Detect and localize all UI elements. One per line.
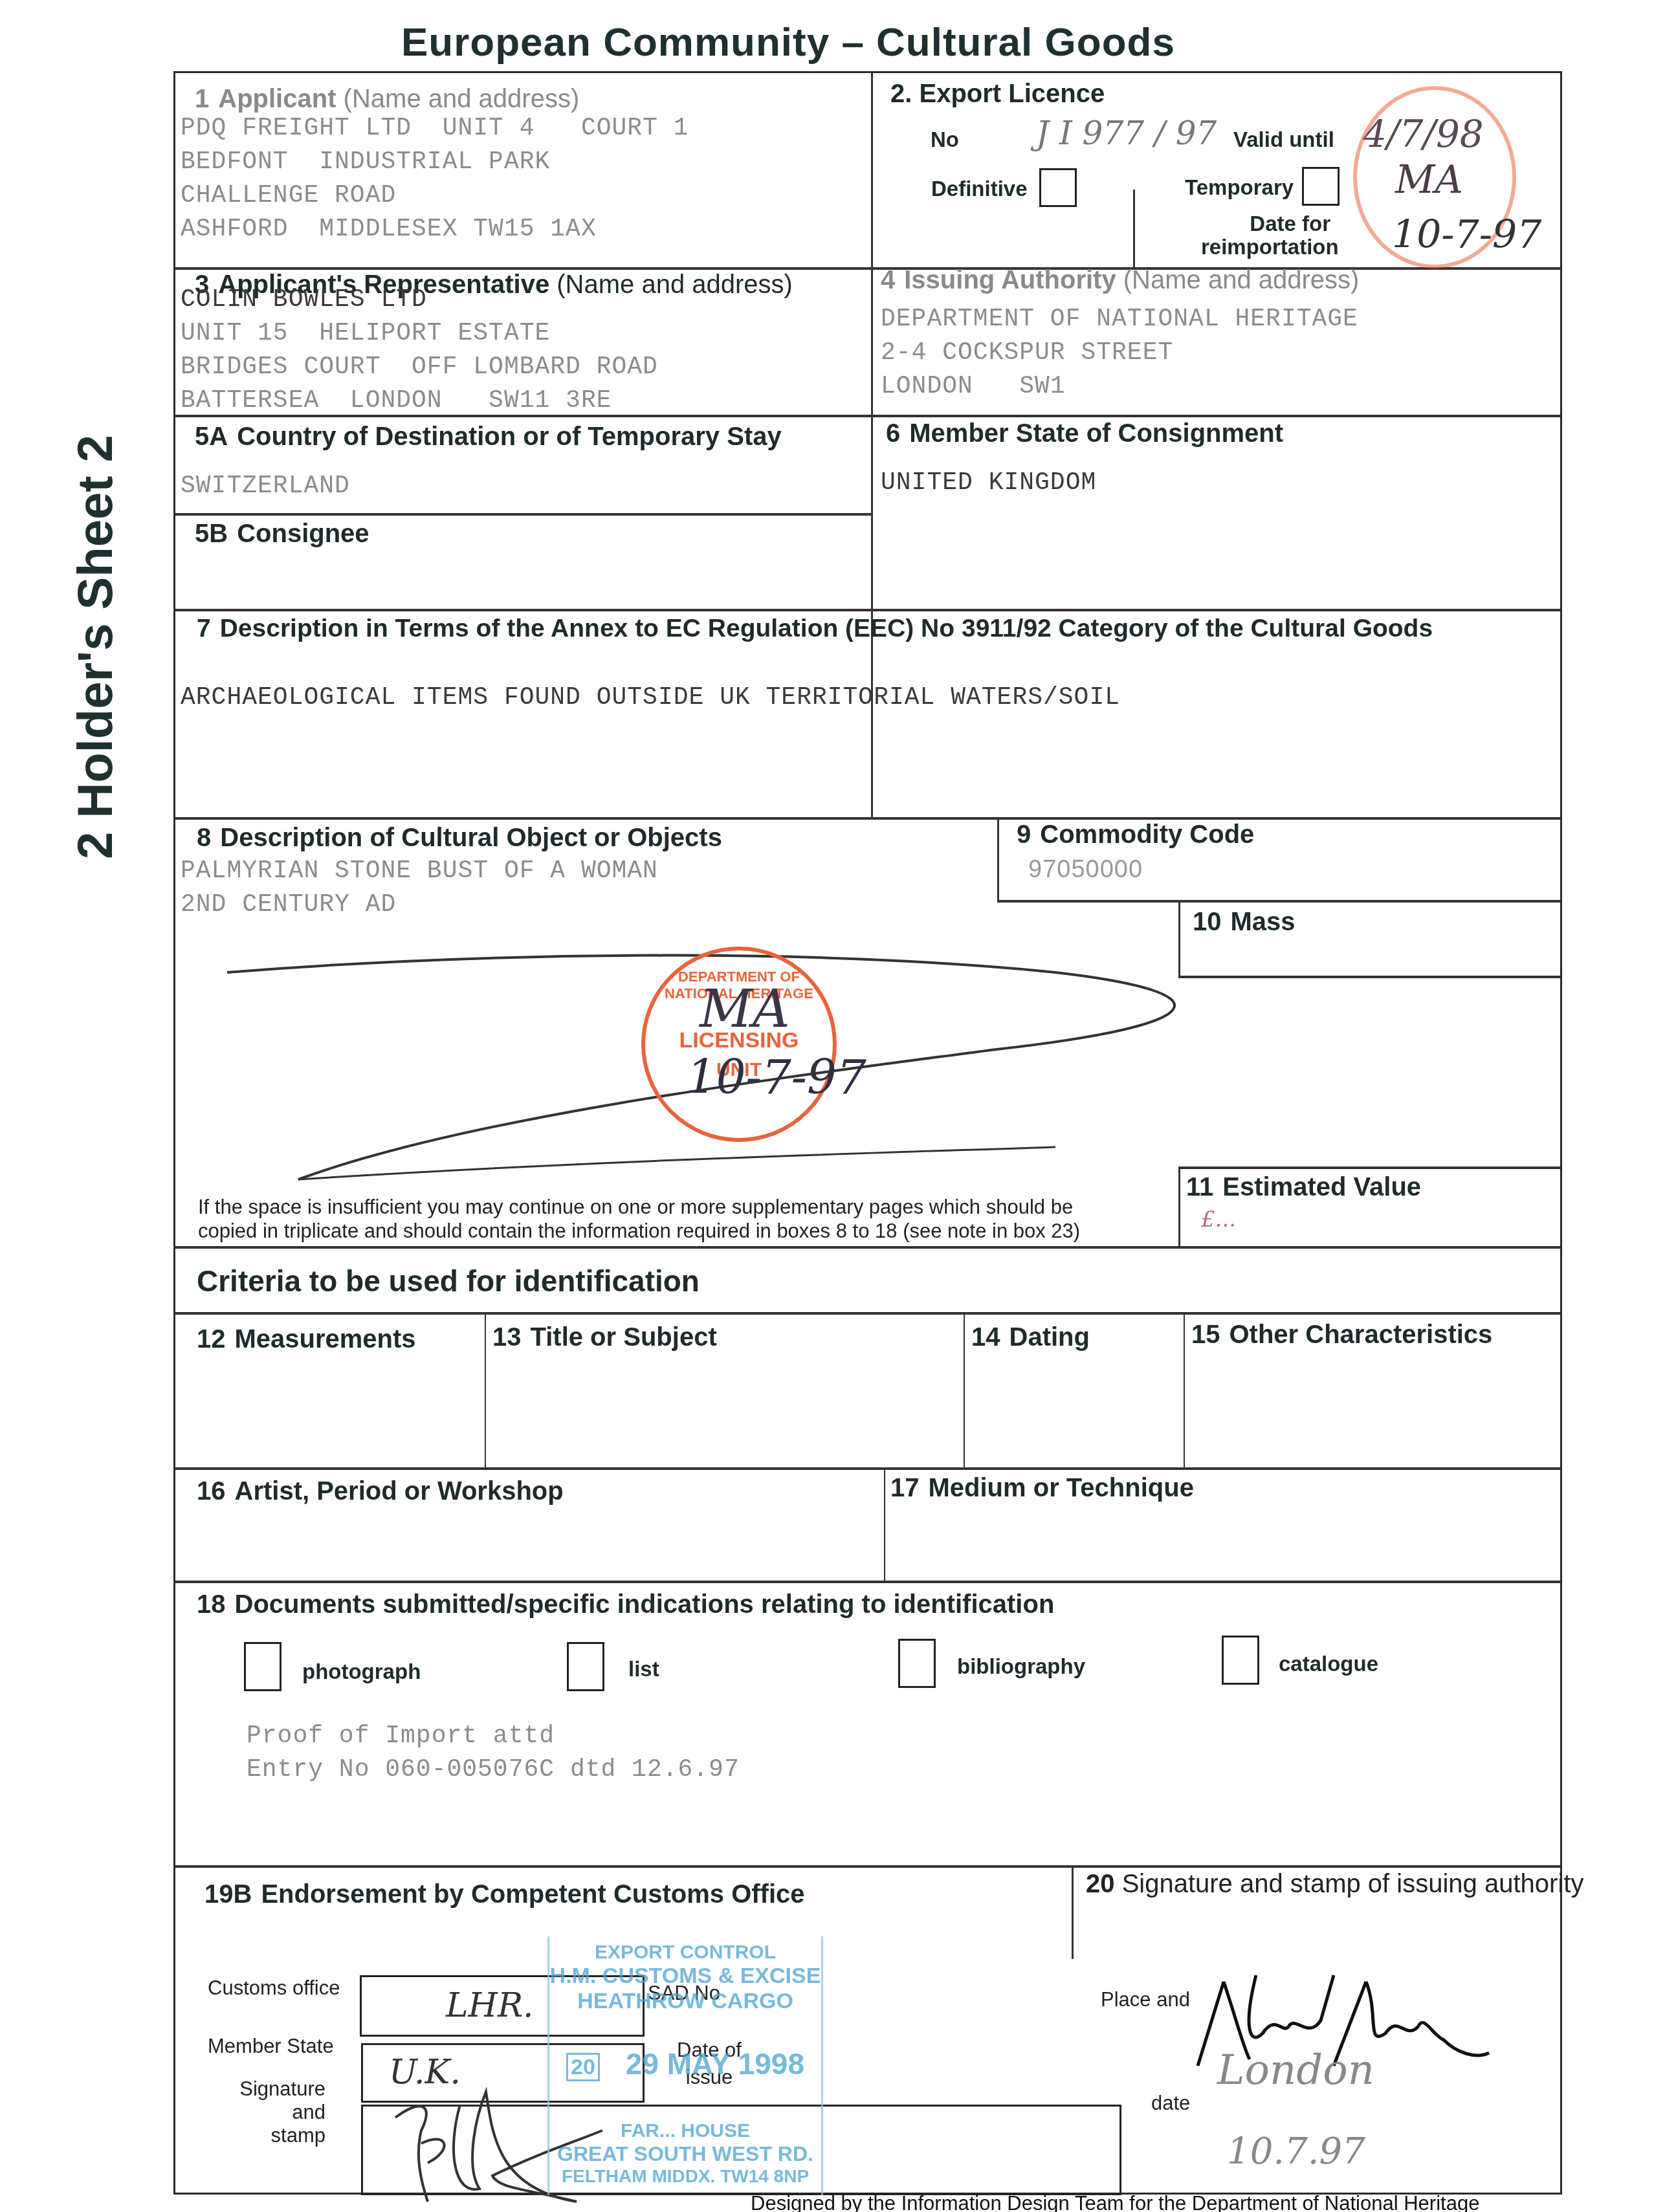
criteria-heading: Criteria to be used for identification [197,1264,700,1298]
valid-until-label: Valid until [1233,127,1334,152]
divider [175,1246,1560,1249]
box5a-label: 5ACountry of Destination or of Temporary… [195,422,782,452]
box11-label: 11Estimated Value [1186,1173,1421,1202]
box4-issuing-authority-address: DEPARTMENT OF NATIONAL HERITAGE2-4 COCKS… [881,303,1358,404]
box8-label: 8Description of Cultural Object or Objec… [197,824,722,853]
side-label: 2 Holder's Sheet 2 [76,83,115,859]
supplementary-note-line1: If the space is insufficient you may con… [198,1196,1073,1219]
reimportation-date-label: Date for reimportation [1201,212,1330,259]
box18-label: 18Documents submitted/specific indicatio… [197,1590,1054,1619]
box17-label: 17Medium or Technique [890,1474,1194,1503]
box20-label: 20 Signature and stamp of issuing author… [1086,1870,1583,1899]
photograph-label: photograph [302,1659,421,1684]
definitive-label: Definitive [931,177,1028,201]
box15-label: 15Other Characteristics [1191,1320,1492,1350]
customs-office-value: LHR. [446,1986,534,2025]
licence-no-label: No [931,127,959,152]
date-value: 10.7.97 [1227,2130,1365,2173]
place-value: London [1217,2046,1374,2094]
catalogue-checkbox[interactable] [1222,1636,1259,1685]
box4-label: 4Issuing Authority (Name and address) [881,266,1359,295]
licence-form: 1Applicant (Name and address) PDQ FREIGH… [173,71,1562,2195]
divider [175,1581,1560,1583]
divider [884,1467,885,1581]
initials-top: MA [1395,157,1463,203]
list-label: list [628,1657,659,1681]
divider [1184,1312,1185,1467]
box13-label: 13Title or Subject [492,1323,717,1352]
footer-credit: Designed by the Information Design Team … [751,2192,1479,2212]
commodity-code-value: 97050000 [1028,853,1143,886]
date-label: date [1151,2092,1190,2115]
box8-description: PALMYRIAN STONE BUST OF A WOMAN2ND CENTU… [181,855,658,922]
member-state-label: Member State [208,2035,325,2058]
stamp-handwritten-date: 10-7-97 [687,1050,866,1104]
divider [1178,1166,1560,1169]
definitive-checkbox[interactable] [1039,168,1077,207]
licence-no-value: J I 977 / 97 [1036,115,1217,152]
box12-label: 12Measurements [197,1325,416,1354]
divider [997,817,999,901]
box3-representative-address: COLIN BOWLES LTDUNIT 15 HELIPORT ESTATEB… [181,283,658,418]
reimportation-date-value: 10-7-97 [1392,212,1541,257]
supplementary-note-line2: copied in triplicate and should contain … [198,1220,1080,1243]
divider [175,1467,1560,1470]
bibliography-checkbox[interactable] [898,1639,936,1688]
temporary-label: Temporary [1185,175,1294,200]
box9-label: 9Commodity Code [1017,820,1254,849]
box10-label: 10Mass [1193,908,1296,937]
divider [175,1312,1560,1315]
box6-label: 6Member State of Consignment [886,419,1283,448]
place-label: Place and [1101,1988,1190,2011]
divider [175,609,1560,611]
temporary-checkbox[interactable] [1302,167,1340,206]
box1-label: 1Applicant (Name and address) [195,85,579,114]
signature-stamp-label: Signature and stamp [237,2077,325,2147]
divider [175,817,1560,820]
divider [964,1312,965,1467]
customs-office-label: Customs office [208,1977,325,2000]
customs-export-stamp: EXPORT CONTROL H.M. CUSTOMS & EXCISE HEA… [547,1936,823,2195]
photograph-checkbox[interactable] [244,1642,281,1691]
box16-label: 16Artist, Period or Workshop [197,1477,564,1506]
box14-label: 14Dating [971,1323,1090,1352]
divider [485,1312,486,1467]
box5a-value: SWITZERLAND [181,470,350,503]
box18-indications: Proof of Import attdEntry No 060-005076C… [247,1720,740,1787]
box19b-label: 19BEndorsement by Competent Customs Offi… [204,1880,805,1909]
divider [175,1865,1560,1868]
divider [1133,190,1135,267]
stamp-initials: MA [700,979,790,1039]
box6-value: UNITED KINGDOM [881,466,1096,500]
box7-label: 7Description in Terms of the Annex to EC… [197,615,1433,643]
divider [175,415,1560,417]
divider [1178,1166,1180,1247]
bibliography-label: bibliography [957,1654,1085,1679]
catalogue-label: catalogue [1279,1652,1378,1676]
divider [1072,1865,1074,1959]
divider [997,900,1560,903]
estimated-value: £... [1201,1207,1236,1232]
holders-sheet-label: 2 Holder's Sheet 2 [76,83,115,859]
box7-value: ARCHAEOLOGICAL ITEMS FOUND OUTSIDE UK TE… [181,681,1120,715]
document-title: European Community – Cultural Goods [401,19,1175,65]
licensing-unit-stamp: LICENSING UNIT DEPARTMENT OF NATIONAL HE… [641,947,837,1142]
box1-applicant-address: PDQ FREIGHT LTD UNIT 4 COURT 1BEDFONT IN… [181,112,689,246]
list-checkbox[interactable] [567,1642,604,1691]
divider [175,513,871,516]
box5b-label: 5BConsignee [195,520,369,549]
box2-label: 2. Export Licence [890,80,1105,109]
